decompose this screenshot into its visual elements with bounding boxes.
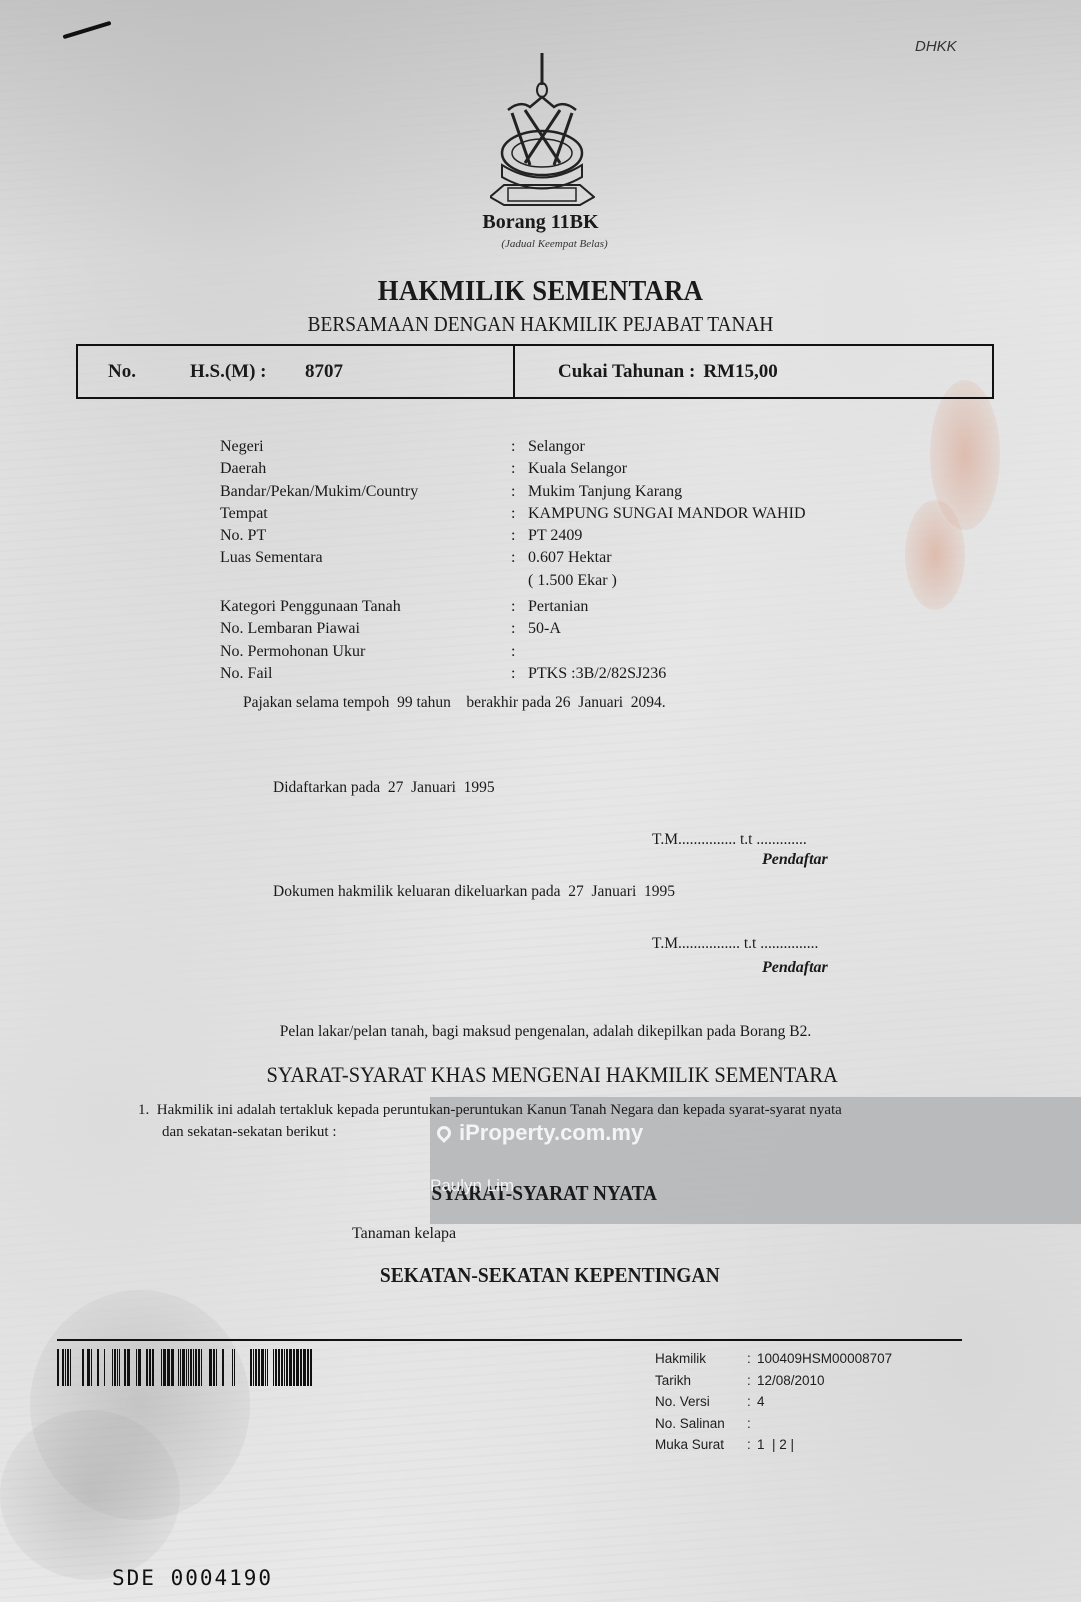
field-colon: : <box>511 481 528 503</box>
annual-tax-value: RM15,00 <box>703 361 777 383</box>
meta-muka-surat: Muka Surat : 1 | 2 | <box>655 1434 892 1456</box>
meta-label: Tarikh <box>655 1370 747 1392</box>
hsm-label: H.S.(M) : <box>190 361 305 383</box>
field-value: Pertanian <box>528 596 588 618</box>
field-value: 50-A <box>528 618 561 640</box>
annual-tax-label: Cukai Tahunan : <box>558 361 695 383</box>
meta-colon: : <box>747 1434 757 1456</box>
field-label: No. Permohonan Ukur <box>220 641 511 663</box>
issued-date: Dokumen hakmilik keluaran dikeluarkan pa… <box>273 883 675 901</box>
stain <box>905 500 965 610</box>
field-colon: : <box>511 547 528 569</box>
meta-colon: : <box>747 1413 757 1435</box>
field-kategori: Kategori Penggunaan Tanah : Pertanian <box>220 596 806 618</box>
watermark-brand: iProperty.com.my <box>437 1120 643 1146</box>
selangor-crest-icon <box>490 45 595 215</box>
footer-divider <box>57 1339 962 1341</box>
field-colon: : <box>511 525 528 547</box>
field-luas: Luas Sementara : 0.607 Hektar <box>220 547 806 569</box>
flower-watermark <box>0 1410 180 1580</box>
field-label: Bandar/Pekan/Mukim/Country <box>220 481 511 503</box>
meta-value: 1 | 2 | <box>757 1434 794 1456</box>
signature-line: T.M............... t.t ............. <box>652 831 807 849</box>
meta-hakmilik: Hakmilik : 100409HSM00008707 <box>655 1348 892 1370</box>
field-value: Selangor <box>528 436 585 458</box>
condition-1-line-1: 1. Hakmilik ini adalah tertakluk kepada … <box>138 1102 842 1119</box>
lease-statement: Pajakan selama tempoh 99 tahun berakhir … <box>243 694 666 712</box>
field-label: Daerah <box>220 458 511 480</box>
field-colon: : <box>511 458 528 480</box>
field-colon: : <box>511 436 528 458</box>
field-colon: : <box>511 503 528 525</box>
pen-mark <box>63 21 112 39</box>
signature-line: T.M................ t.t ............... <box>652 935 818 953</box>
meta-value: 12/08/2010 <box>757 1370 825 1392</box>
field-permohonan: No. Permohonan Ukur : <box>220 641 806 663</box>
meta-colon: : <box>747 1348 757 1370</box>
field-tempat: Tempat : KAMPUNG SUNGAI MANDOR WAHID <box>220 503 806 525</box>
meta-label: Hakmilik <box>655 1348 747 1370</box>
serial-number: SDE 0004190 <box>112 1566 273 1590</box>
form-name: Borang 11BK <box>0 211 1081 234</box>
field-label: Kategori Penggunaan Tanah <box>220 596 511 618</box>
field-label: No. PT <box>220 525 511 547</box>
form-schedule: (Jadual Keempat Belas) <box>0 238 1081 250</box>
registered-date: Didaftarkan pada 27 Januari 1995 <box>273 779 495 797</box>
meta-tarikh: Tarikh : 12/08/2010 <box>655 1370 892 1392</box>
field-fail: No. Fail : PTKS :3B/2/82SJ236 <box>220 663 806 685</box>
barcode-icon <box>57 1349 312 1386</box>
no-label: No. <box>108 361 190 383</box>
meta-value: 100409HSM00008707 <box>757 1348 892 1370</box>
field-label: No. Fail <box>220 663 511 685</box>
field-daerah: Daerah : Kuala Selangor <box>220 458 806 480</box>
field-colon: : <box>511 596 528 618</box>
meta-colon: : <box>747 1391 757 1413</box>
field-mukim: Bandar/Pekan/Mukim/Country : Mukim Tanju… <box>220 481 806 503</box>
meta-value: 4 <box>757 1391 765 1413</box>
document-title: HAKMILIK SEMENTARA <box>43 275 1038 308</box>
field-colon: : <box>511 618 528 640</box>
field-colon: : <box>511 663 528 685</box>
field-lembaran: No. Lembaran Piawai : 50-A <box>220 618 806 640</box>
watermark-agent-name: Paulyn Lim <box>430 1176 514 1196</box>
annual-tax-cell: Cukai Tahunan : RM15,00 <box>515 346 992 397</box>
document-subtitle: BERSAMAAN DENGAN HAKMILIK PEJABAT TANAH <box>43 312 1038 337</box>
title-number-cell: No. H.S.(M) : 8707 <box>78 346 515 397</box>
field-colon: : <box>511 641 528 663</box>
field-value: PTKS :3B/2/82SJ236 <box>528 663 666 685</box>
field-value: 0.607 Hektar <box>528 547 612 569</box>
section-restrictions: SEKATAN-SEKATAN KEPENTINGAN <box>38 1263 1043 1288</box>
meta-label: No. Salinan <box>655 1413 747 1435</box>
land-details: Negeri : Selangor Daerah : Kuala Selango… <box>220 436 806 685</box>
field-label: Tempat <box>220 503 511 525</box>
meta-label: No. Versi <box>655 1391 747 1413</box>
hsm-value: 8707 <box>305 361 343 383</box>
registrar-label: Pendaftar <box>762 959 828 977</box>
section-express-conditions: SYARAT-SYARAT NYATA <box>43 1181 1038 1206</box>
field-value: KAMPUNG SUNGAI MANDOR WAHID <box>528 503 806 525</box>
location-pin-icon <box>434 1123 454 1143</box>
field-value: Mukim Tanjung Karang <box>528 481 682 503</box>
field-label: No. Lembaran Piawai <box>220 618 511 640</box>
express-condition: Tanaman kelapa <box>352 1225 456 1243</box>
meta-colon: : <box>747 1370 757 1392</box>
section-special-conditions: SYARAT-SYARAT KHAS MENGENAI HAKMILIK SEM… <box>38 1062 1043 1088</box>
field-value: Kuala Selangor <box>528 458 627 480</box>
meta-versi: No. Versi : 4 <box>655 1391 892 1413</box>
field-label: Negeri <box>220 436 511 458</box>
field-value: PT 2409 <box>528 525 582 547</box>
meta-salinan: No. Salinan : <box>655 1413 892 1435</box>
field-no-pt: No. PT : PT 2409 <box>220 525 806 547</box>
plan-note: Pelan lakar/pelan tanah, bagi maksud pen… <box>0 1023 1081 1041</box>
meta-label: Muka Surat <box>655 1434 747 1456</box>
field-negeri: Negeri : Selangor <box>220 436 806 458</box>
flower-watermark <box>30 1290 250 1520</box>
registrar-label: Pendaftar <box>762 851 828 869</box>
stain <box>930 380 1000 530</box>
title-metadata: Hakmilik : 100409HSM00008707 Tarikh : 12… <box>655 1348 892 1456</box>
field-luas-acres: ( 1.500 Ekar ) <box>220 570 806 592</box>
watermark-brand-text: iProperty.com.my <box>459 1120 643 1146</box>
field-label: Luas Sementara <box>220 547 511 569</box>
corner-code: DHKK <box>915 38 957 55</box>
condition-1-line-2: dan sekatan-sekatan berikut : <box>162 1124 337 1141</box>
title-number-box: No. H.S.(M) : 8707 Cukai Tahunan : RM15,… <box>76 344 994 399</box>
